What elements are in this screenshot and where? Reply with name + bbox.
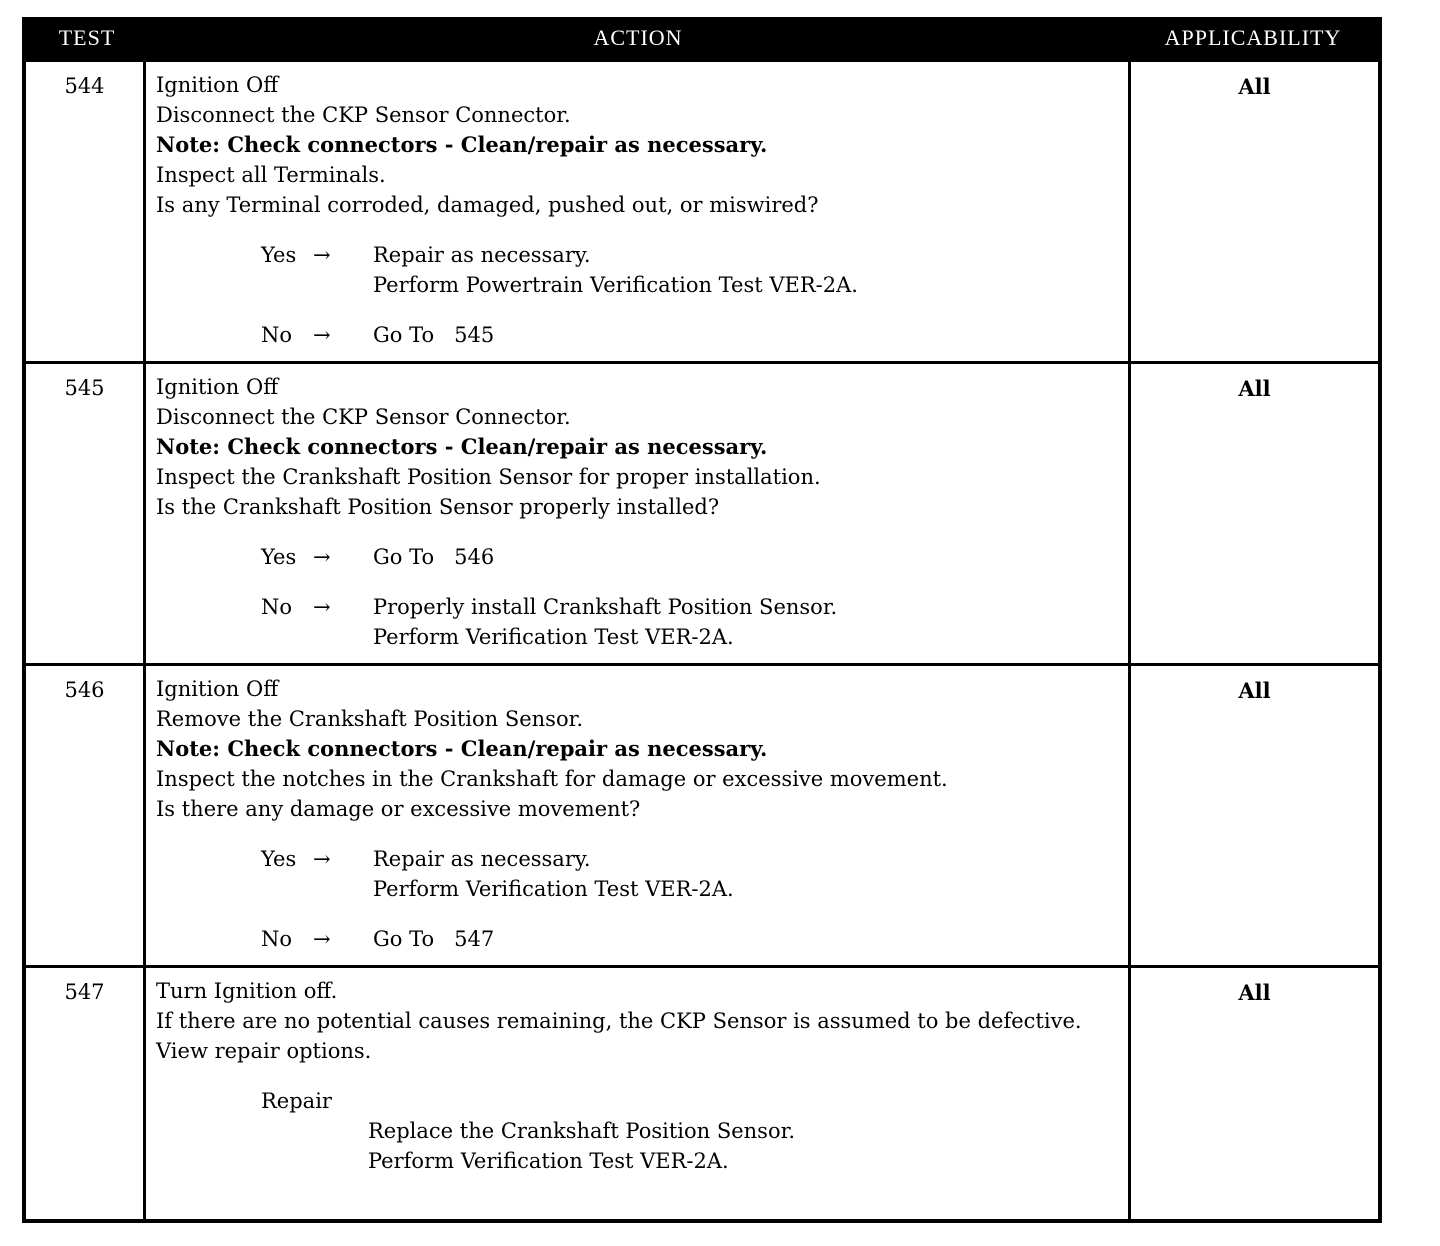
repair-options: Repair Replace the Crankshaft Position S… bbox=[156, 1086, 1118, 1176]
table-row: 545 Ignition Off Disconnect the CKP Sens… bbox=[26, 361, 1378, 663]
note-text: Note: Check connectors - Clean/repair as… bbox=[156, 432, 1118, 462]
branch-result: Go To 546 bbox=[373, 542, 1118, 572]
step-text: Ignition Off bbox=[156, 70, 1118, 100]
step-text: View repair options. bbox=[156, 1036, 1118, 1066]
repair-step: Perform Verification Test VER-2A. bbox=[368, 1146, 1118, 1176]
header-applicability: APPLICABILITY bbox=[1128, 17, 1378, 59]
branch-result: Go To 545 bbox=[373, 320, 1118, 350]
no-label: No bbox=[261, 924, 313, 954]
yes-label: Yes bbox=[261, 542, 313, 572]
test-number: 545 bbox=[26, 364, 146, 663]
branch-result: Go To 547 bbox=[373, 924, 1118, 954]
applicability-value: All bbox=[1131, 364, 1378, 663]
test-number: 544 bbox=[26, 62, 146, 361]
step-text: Disconnect the CKP Sensor Connector. bbox=[156, 402, 1118, 432]
arrow-right-icon: → bbox=[313, 924, 373, 954]
yes-branch: Yes → Repair as necessary. Perform Verif… bbox=[156, 844, 1118, 904]
action-cell: Ignition Off Remove the Crankshaft Posit… bbox=[146, 666, 1131, 965]
arrow-right-icon: → bbox=[313, 844, 373, 904]
table-row: 544 Ignition Off Disconnect the CKP Sens… bbox=[26, 59, 1378, 361]
branch-result: Properly install Crankshaft Position Sen… bbox=[373, 592, 1118, 622]
no-branch: No → Go To 547 bbox=[156, 924, 1118, 954]
branch-result: Perform Verification Test VER-2A. bbox=[373, 622, 1118, 652]
yes-label: Yes bbox=[261, 844, 313, 904]
action-cell: Ignition Off Disconnect the CKP Sensor C… bbox=[146, 62, 1131, 361]
applicability-value: All bbox=[1131, 666, 1378, 965]
repair-step: Replace the Crankshaft Position Sensor. bbox=[368, 1116, 1118, 1146]
arrow-right-icon: → bbox=[313, 542, 373, 572]
yes-label: Yes bbox=[261, 240, 313, 300]
applicability-value: All bbox=[1131, 62, 1378, 361]
question-text: Is any Terminal corroded, damaged, pushe… bbox=[156, 190, 1118, 220]
arrow-right-icon: → bbox=[313, 320, 373, 350]
test-number: 547 bbox=[26, 968, 146, 1219]
no-branch: No → Go To 545 bbox=[156, 320, 1118, 350]
step-text: Inspect the Crankshaft Position Sensor f… bbox=[156, 462, 1118, 492]
question-text: Is there any damage or excessive movemen… bbox=[156, 794, 1118, 824]
branch-result: Perform Verification Test VER-2A. bbox=[373, 874, 1118, 904]
step-text: If there are no potential causes remaini… bbox=[156, 1006, 1118, 1036]
table-header: TEST ACTION APPLICABILITY bbox=[26, 17, 1378, 59]
step-text: Turn Ignition off. bbox=[156, 976, 1118, 1006]
step-text: Inspect the notches in the Crankshaft fo… bbox=[156, 764, 1118, 794]
header-action: ACTION bbox=[148, 17, 1128, 59]
table-row: 547 Turn Ignition off. If there are no p… bbox=[26, 965, 1378, 1219]
yes-branch: Yes → Go To 546 bbox=[156, 542, 1118, 572]
repair-label: Repair bbox=[261, 1086, 1118, 1116]
no-branch: No → Properly install Crankshaft Positio… bbox=[156, 592, 1118, 652]
step-text: Ignition Off bbox=[156, 674, 1118, 704]
test-number: 546 bbox=[26, 666, 146, 965]
table-row: 546 Ignition Off Remove the Crankshaft P… bbox=[26, 663, 1378, 965]
note-text: Note: Check connectors - Clean/repair as… bbox=[156, 130, 1118, 160]
action-cell: Ignition Off Disconnect the CKP Sensor C… bbox=[146, 364, 1131, 663]
arrow-right-icon: → bbox=[313, 592, 373, 652]
no-label: No bbox=[261, 320, 313, 350]
question-text: Is the Crankshaft Position Sensor proper… bbox=[156, 492, 1118, 522]
arrow-right-icon: → bbox=[313, 240, 373, 300]
action-cell: Turn Ignition off. If there are no poten… bbox=[146, 968, 1131, 1219]
header-test: TEST bbox=[26, 17, 148, 59]
diagnostic-test-table: TEST ACTION APPLICABILITY 544 Ignition O… bbox=[22, 17, 1382, 1223]
branch-result: Perform Powertrain Verification Test VER… bbox=[373, 270, 1118, 300]
yes-branch: Yes → Repair as necessary. Perform Power… bbox=[156, 240, 1118, 300]
step-text: Remove the Crankshaft Position Sensor. bbox=[156, 704, 1118, 734]
no-label: No bbox=[261, 592, 313, 652]
step-text: Ignition Off bbox=[156, 372, 1118, 402]
branch-result: Repair as necessary. bbox=[373, 240, 1118, 270]
applicability-value: All bbox=[1131, 968, 1378, 1219]
step-text: Disconnect the CKP Sensor Connector. bbox=[156, 100, 1118, 130]
step-text: Inspect all Terminals. bbox=[156, 160, 1118, 190]
branch-result: Repair as necessary. bbox=[373, 844, 1118, 874]
note-text: Note: Check connectors - Clean/repair as… bbox=[156, 734, 1118, 764]
